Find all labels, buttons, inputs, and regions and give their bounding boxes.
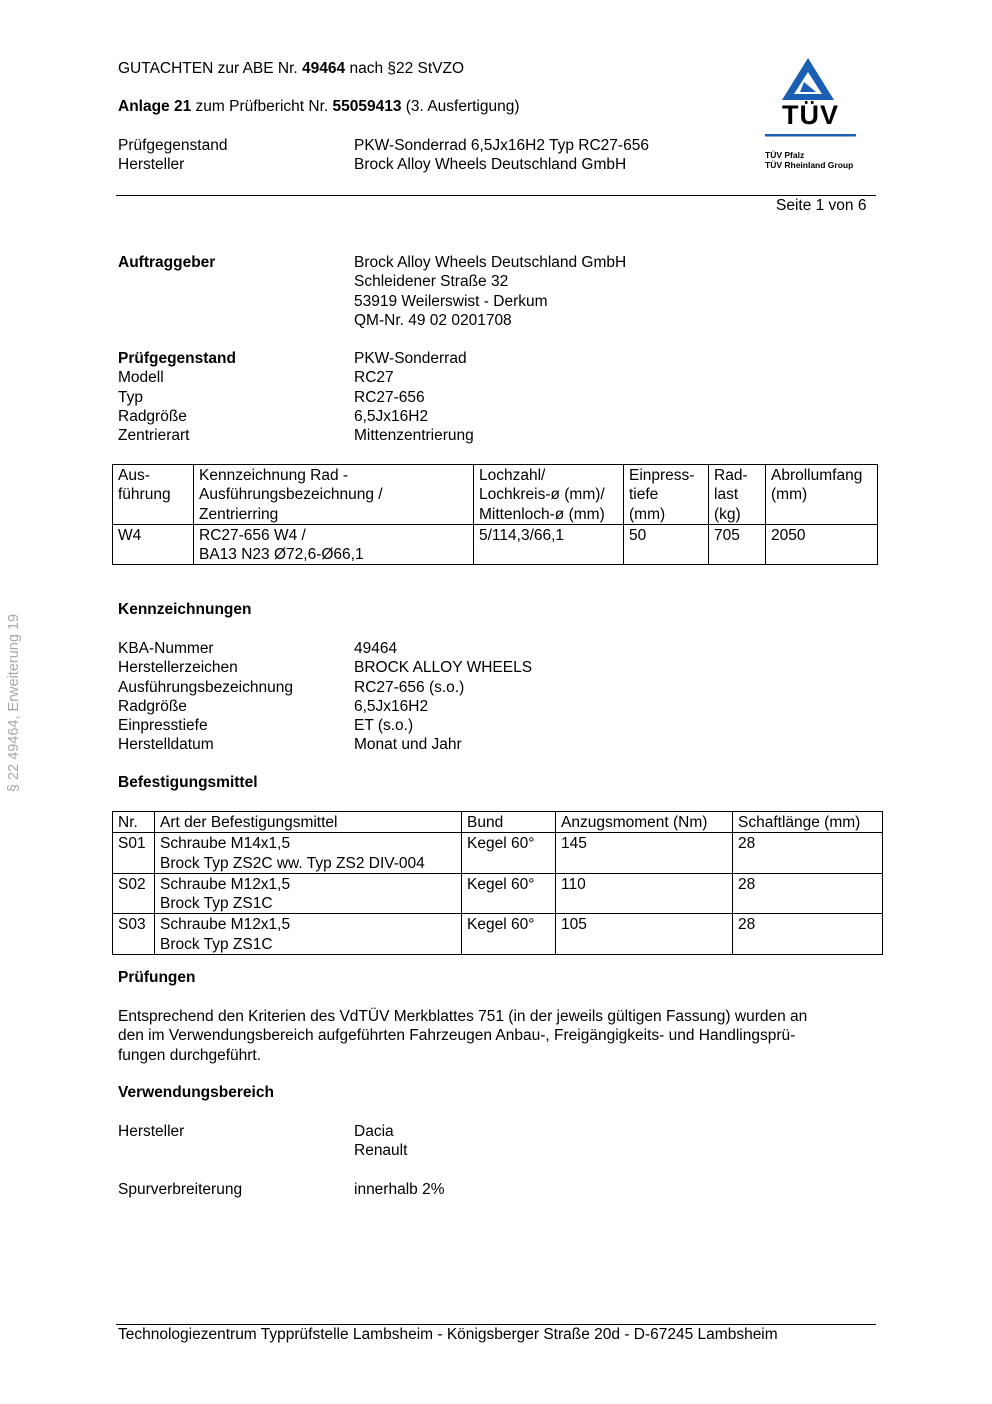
auftraggeber-line: Brock Alloy Wheels Deutschland GmbH bbox=[354, 253, 626, 272]
cell-line: Mittenloch-ø (mm) bbox=[479, 505, 618, 524]
table-cell: RC27-656 W4 /BA13 N23 Ø72,6-Ø66,1 bbox=[194, 524, 474, 565]
section-heading-verwendung: Verwendungsbereich bbox=[118, 1084, 274, 1102]
section-heading-kennzeichnungen: Kennzeichnungen bbox=[118, 601, 251, 619]
wheel-table: Aus-führungKennzeichnung Rad -Ausführung… bbox=[112, 464, 878, 565]
side-note: § 22 49464, Erweiterung 19 bbox=[2, 598, 26, 808]
cell-line: Lochzahl/ bbox=[479, 466, 618, 485]
cell-line: Rad- bbox=[714, 466, 760, 485]
cell-bund: Kegel 60° bbox=[462, 833, 556, 874]
cell-line: 50 bbox=[629, 526, 703, 545]
cell-line: RC27-656 W4 / bbox=[199, 526, 468, 545]
table-cell: 705 bbox=[709, 524, 766, 565]
title-prefix: GUTACHTEN zur ABE Nr. bbox=[118, 60, 302, 77]
document-subtitle: Anlage 21 zum Prüfbericht Nr. 55059413 (… bbox=[118, 98, 520, 116]
cell-bund: Kegel 60° bbox=[462, 914, 556, 955]
cell-line: Brock Typ ZS1C bbox=[160, 894, 456, 913]
field-label: Einpresstiefe bbox=[118, 716, 354, 735]
cell-schaft: 28 bbox=[733, 833, 883, 874]
paragraph-line: Entsprechend den Kriterien des VdTÜV Mer… bbox=[118, 1007, 807, 1026]
field-label: Hersteller bbox=[118, 1122, 354, 1141]
table-row: W4RC27-656 W4 /BA13 N23 Ø72,6-Ø66,15/114… bbox=[113, 524, 878, 565]
header-label: Hersteller bbox=[118, 155, 354, 174]
field-value: 6,5Jx16H2 bbox=[354, 407, 428, 426]
cell-nr: S02 bbox=[113, 873, 155, 914]
side-note-text: § 22 49464, Erweiterung 19 bbox=[6, 614, 22, 792]
header-divider bbox=[116, 195, 876, 196]
subtitle-suffix: (3. Ausfertigung) bbox=[401, 98, 519, 115]
field-label: Radgröße bbox=[118, 697, 354, 716]
field-label: Ausführungsbezeichnung bbox=[118, 678, 354, 697]
cell-line: 5/114,3/66,1 bbox=[479, 526, 618, 545]
cell-moment: 110 bbox=[556, 873, 733, 914]
column-header: Rad-last(kg) bbox=[709, 465, 766, 525]
cell-line: Kennzeichnung Rad - bbox=[199, 466, 468, 485]
verwendung-hersteller: HerstellerDacia Renault bbox=[118, 1122, 407, 1161]
field-label: Typ bbox=[118, 388, 354, 407]
field-label: Modell bbox=[118, 368, 354, 387]
report-number: 55059413 bbox=[333, 98, 402, 115]
logo-subtitle: TÜV Pfalz TÜV Rheinland Group bbox=[765, 150, 853, 170]
cell-art: Schraube M12x1,5Brock Typ ZS1C bbox=[155, 914, 462, 955]
cell-moment: 145 bbox=[556, 833, 733, 874]
auftraggeber-label: Auftraggeber bbox=[118, 253, 354, 272]
cell-line: BA13 N23 Ø72,6-Ø66,1 bbox=[199, 545, 468, 564]
table-cell: 2050 bbox=[766, 524, 878, 565]
title-suffix: nach §22 StVZO bbox=[345, 60, 464, 77]
field-value: RC27-656 bbox=[354, 388, 425, 407]
field-value: 49464 bbox=[354, 639, 397, 658]
field-label: Zentrierart bbox=[118, 426, 354, 445]
cell-line: (kg) bbox=[714, 505, 760, 524]
field-label: Herstelldatum bbox=[118, 735, 354, 754]
section-heading-pruefungen: Prüfungen bbox=[118, 969, 196, 987]
logo-line-1: TÜV Pfalz bbox=[765, 150, 853, 160]
section-heading-befestigung: Befestigungsmittel bbox=[118, 774, 258, 792]
cell-line: Lochkreis-ø (mm)/ bbox=[479, 485, 618, 504]
table-cell: 50 bbox=[624, 524, 709, 565]
kennzeichnungen-list: KBA-Nummer49464 HerstellerzeichenBROCK A… bbox=[118, 639, 532, 755]
cell-line: Brock Typ ZS2C ww. Typ ZS2 DIV-004 bbox=[160, 854, 456, 873]
pruefgegenstand-section: PrüfgegenstandPKW-Sonderrad ModellRC27 T… bbox=[118, 349, 474, 445]
cell-line: führung bbox=[118, 485, 188, 504]
cell-nr: S03 bbox=[113, 914, 155, 955]
cell-line: Aus- bbox=[118, 466, 188, 485]
column-header: Abrollumfang(mm) bbox=[766, 465, 878, 525]
cell-bund: Kegel 60° bbox=[462, 873, 556, 914]
tuev-logo: TÜV TÜV Pfalz TÜV Rheinland Group bbox=[760, 56, 860, 176]
logo-line-2: TÜV Rheinland Group bbox=[765, 160, 853, 170]
field-value: RC27 bbox=[354, 368, 394, 387]
fastener-table: Nr. Art der Befestigungsmittel Bund Anzu… bbox=[112, 811, 883, 955]
column-header: Bund bbox=[462, 812, 556, 833]
cell-line: Einpress- bbox=[629, 466, 703, 485]
field-label: Herstellerzeichen bbox=[118, 658, 354, 677]
cell-line: Schraube M12x1,5 bbox=[160, 875, 456, 894]
auftraggeber-line: 53919 Weilerswist - Derkum bbox=[354, 292, 548, 311]
auftraggeber-section: AuftraggeberBrock Alloy Wheels Deutschla… bbox=[118, 253, 626, 330]
cell-line: 2050 bbox=[771, 526, 872, 545]
table-row: S01 Schraube M14x1,5Brock Typ ZS2C ww. T… bbox=[113, 833, 883, 874]
table-cell: W4 bbox=[113, 524, 194, 565]
page-number: Seite 1 von 6 bbox=[776, 197, 866, 215]
field-value: ET (s.o.) bbox=[354, 716, 413, 735]
cell-moment: 105 bbox=[556, 914, 733, 955]
field-value: innerhalb 2% bbox=[354, 1180, 444, 1199]
table-header-row: Aus-führungKennzeichnung Rad -Ausführung… bbox=[113, 465, 878, 525]
cell-schaft: 28 bbox=[733, 914, 883, 955]
cell-line: Brock Typ ZS1C bbox=[160, 935, 456, 954]
cell-line: Zentrierring bbox=[199, 505, 468, 524]
auftraggeber-line: Schleidener Straße 32 bbox=[354, 272, 508, 291]
pruefungen-text: Entsprechend den Kriterien des VdTÜV Mer… bbox=[118, 1007, 807, 1065]
cell-line: (mm) bbox=[629, 505, 703, 524]
field-label: Spurverbreiterung bbox=[118, 1180, 354, 1199]
cell-schaft: 28 bbox=[733, 873, 883, 914]
field-value: Renault bbox=[354, 1141, 407, 1160]
cell-line: Ausführungsbezeichnung / bbox=[199, 485, 468, 504]
field-value: PKW-Sonderrad bbox=[354, 349, 467, 368]
logo-text: TÜV bbox=[765, 100, 856, 131]
header-label: Prüfgegenstand bbox=[118, 136, 354, 155]
cell-line: tiefe bbox=[629, 485, 703, 504]
header-info: PrüfgegenstandPKW-Sonderrad 6,5Jx16H2 Ty… bbox=[118, 136, 649, 175]
table-header-row: Nr. Art der Befestigungsmittel Bund Anzu… bbox=[113, 812, 883, 833]
field-value: Monat und Jahr bbox=[354, 735, 462, 754]
subtitle-mid: zum Prüfbericht Nr. bbox=[191, 98, 332, 115]
paragraph-line: fungen durchgeführt. bbox=[118, 1046, 807, 1065]
cell-line: Schraube M14x1,5 bbox=[160, 834, 456, 853]
cell-nr: S01 bbox=[113, 833, 155, 874]
column-header: Anzugsmoment (Nm) bbox=[556, 812, 733, 833]
column-header: Einpress-tiefe(mm) bbox=[624, 465, 709, 525]
field-label: KBA-Nummer bbox=[118, 639, 354, 658]
cell-art: Schraube M14x1,5Brock Typ ZS2C ww. Typ Z… bbox=[155, 833, 462, 874]
column-header: Art der Befestigungsmittel bbox=[155, 812, 462, 833]
abe-number: 49464 bbox=[302, 60, 345, 77]
table-row: S03 Schraube M12x1,5Brock Typ ZS1C Kegel… bbox=[113, 914, 883, 955]
column-header: Schaftlänge (mm) bbox=[733, 812, 883, 833]
footer-address: Technologiezentrum Typprüfstelle Lambshe… bbox=[118, 1326, 778, 1344]
header-value: Brock Alloy Wheels Deutschland GmbH bbox=[354, 155, 626, 174]
field-value: RC27-656 (s.o.) bbox=[354, 678, 464, 697]
field-label: Radgröße bbox=[118, 407, 354, 426]
anlage-label: Anlage 21 bbox=[118, 98, 191, 115]
cell-art: Schraube M12x1,5Brock Typ ZS1C bbox=[155, 873, 462, 914]
paragraph-line: den im Verwendungsbereich aufgeführten F… bbox=[118, 1026, 807, 1045]
cell-line: last bbox=[714, 485, 760, 504]
column-header: Aus-führung bbox=[113, 465, 194, 525]
field-label: Prüfgegenstand bbox=[118, 349, 354, 368]
cell-line: (mm) bbox=[771, 485, 872, 504]
auftraggeber-line: QM-Nr. 49 02 0201708 bbox=[354, 311, 512, 330]
column-header: Nr. bbox=[113, 812, 155, 833]
column-header: Lochzahl/Lochkreis-ø (mm)/Mittenloch-ø (… bbox=[474, 465, 624, 525]
cell-line: W4 bbox=[118, 526, 188, 545]
table-row: S02 Schraube M12x1,5Brock Typ ZS1C Kegel… bbox=[113, 873, 883, 914]
table-cell: 5/114,3/66,1 bbox=[474, 524, 624, 565]
footer-divider bbox=[116, 1324, 876, 1325]
verwendung-spur: Spurverbreiterunginnerhalb 2% bbox=[118, 1180, 444, 1199]
column-header: Kennzeichnung Rad -Ausführungsbezeichnun… bbox=[194, 465, 474, 525]
field-value: BROCK ALLOY WHEELS bbox=[354, 658, 532, 677]
field-value: Dacia bbox=[354, 1122, 394, 1141]
header-value: PKW-Sonderrad 6,5Jx16H2 Typ RC27-656 bbox=[354, 136, 649, 155]
cell-line: 705 bbox=[714, 526, 760, 545]
cell-line: Schraube M12x1,5 bbox=[160, 915, 456, 934]
field-value: Mittenzentrierung bbox=[354, 426, 474, 445]
field-value: 6,5Jx16H2 bbox=[354, 697, 428, 716]
document-title: GUTACHTEN zur ABE Nr. 49464 nach §22 StV… bbox=[118, 60, 464, 78]
cell-line: Abrollumfang bbox=[771, 466, 872, 485]
